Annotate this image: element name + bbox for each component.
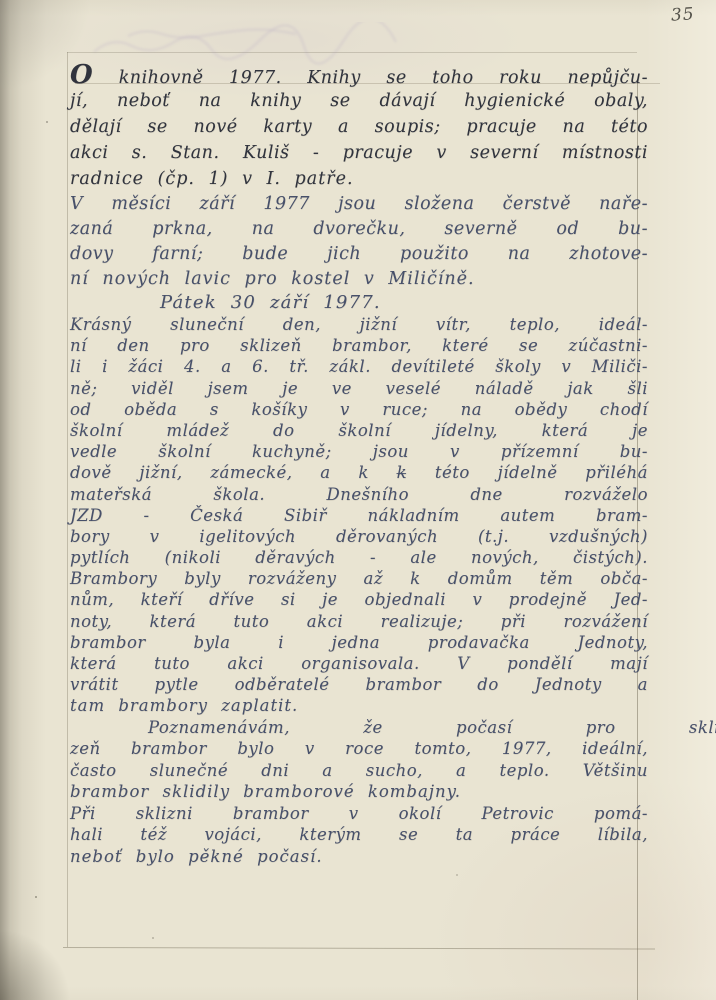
paragraph: Krásný sluneční den, jižní vítr, teplo, …	[70, 314, 648, 717]
handwritten-line: zaná prkna, na dvorečku, severně od bu-	[70, 217, 648, 242]
handwritten-line: Pátek 30 září 1977.	[70, 292, 716, 314]
margin-line-left	[67, 52, 68, 947]
handwritten-line: pytlích (nikoli děravých - ale nových, č…	[70, 547, 648, 568]
handwritten-text: O knihovně 1977. Knihy se toho roku nepů…	[70, 62, 648, 867]
page-number: 35	[670, 4, 695, 26]
handwritten-line: zeň brambor bylo v roce tomto, 1977, ide…	[70, 738, 648, 760]
handwritten-line: radnice (čp. 1) v I. patře.	[70, 166, 648, 192]
date-heading: Pátek 30 září 1977.	[70, 292, 648, 314]
handwritten-line: vrátit pytle odběratelé brambor do Jedno…	[70, 674, 648, 695]
handwritten-line: nům, kteří dříve si je objednali v prode…	[70, 589, 648, 610]
paragraph: V měsíci září 1977 jsou složena čerstvě …	[70, 192, 648, 292]
handwritten-line: ní den pro sklizeň brambor, které se zúč…	[70, 335, 648, 356]
handwritten-line: mateřská škola. Dnešního dne rozváželo	[70, 484, 648, 505]
paragraph: Poznamenávám, že počasí pro skli-zeň bra…	[70, 717, 648, 868]
handwritten-line: brambor byla i jedna prodavačka Jednoty,	[70, 632, 648, 653]
handwritten-line: vedle školní kuchyně; jsou v přízemní bu…	[70, 441, 648, 462]
handwritten-line: jí, neboť na knihy se dávají hygienické …	[70, 88, 648, 114]
handwritten-line: brambor sklidily bramborové kombajny.	[70, 781, 648, 803]
paragraph: O knihovně 1977. Knihy se toho roku nepů…	[70, 62, 648, 192]
handwritten-line: neboť bylo pěkné počasí.	[70, 846, 648, 868]
handwritten-line: školní mládež do školní jídelny, která j…	[70, 420, 648, 441]
handwritten-line: dově jižní, zámecké, a k k̶ této jídelně…	[70, 462, 648, 483]
handwritten-line: od oběda s košíky v ruce; na obědy chodí	[70, 399, 648, 420]
handwritten-line: O knihovně 1977. Knihy se toho roku nepů…	[70, 62, 648, 88]
paper-specks	[0, 0, 2, 2]
chronicle-page: 35 O knihovně 1977. Knihy se toho roku n…	[0, 0, 716, 1000]
handwritten-line: akci s. Stan. Kuliš - pracuje v severní …	[70, 140, 648, 166]
handwritten-line: ně; viděl jsem je ve veselé náladě jak š…	[70, 378, 648, 399]
handwritten-line: li i žáci 4. a 6. tř. zákl. devítileté š…	[70, 356, 648, 377]
handwritten-line: dělají se nové karty a soupis; pracuje n…	[70, 114, 648, 140]
handwritten-line: často slunečné dni a sucho, a teplo. Vět…	[70, 760, 648, 782]
margin-line-bottom	[63, 947, 655, 950]
handwritten-line: tam brambory zaplatit.	[70, 695, 648, 716]
handwritten-line: Poznamenávám, že počasí pro skli-	[70, 717, 716, 739]
handwritten-line: V měsíci září 1977 jsou složena čerstvě …	[70, 192, 648, 217]
handwritten-line: Krásný sluneční den, jižní vítr, teplo, …	[70, 314, 648, 335]
handwritten-line: hali též vojáci, kterým se ta práce líbi…	[70, 824, 648, 846]
handwritten-line: noty, která tuto akci realizuje; při roz…	[70, 611, 648, 632]
handwritten-line: Brambory byly rozváženy až k domům těm o…	[70, 568, 648, 589]
handwritten-line: dovy farní; bude jich použito na zhotove…	[70, 242, 648, 267]
handwritten-line: která tuto akci organisovala. V pondělí …	[70, 653, 648, 674]
handwritten-line: Při sklizni brambor v okolí Petrovic pom…	[70, 803, 648, 825]
handwritten-line: bory v igelitových děrovaných (t.j. vzdu…	[70, 526, 648, 547]
handwritten-line: JZD - Česká Sibiř nákladním autem bram-	[70, 505, 648, 526]
handwritten-line: ní nových lavic pro kostel v Miličíně.	[70, 267, 648, 292]
